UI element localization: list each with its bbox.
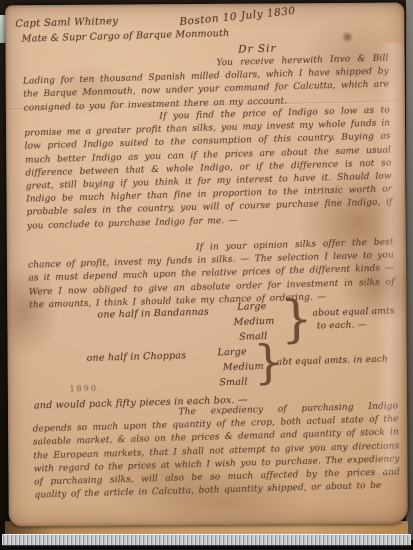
paragraph-silks-selection: If in your opinion silks offer the best … <box>28 236 396 312</box>
brace-icon: } <box>280 294 313 345</box>
handwriting-layer: Capt Saml Whitney Mate & Supr Cargo of B… <box>5 3 408 527</box>
addressee-line-2: Mate & Supr Cargo of Barque Monmouth <box>22 28 230 45</box>
bandannas-note-line-1: about equal amts <box>312 306 394 318</box>
bandannas-size-medium: Medium <box>234 316 275 328</box>
choppas-note: abt equal amts. in each <box>277 354 408 368</box>
choppas-size-small: Small <box>219 376 248 388</box>
comb-binding-strip <box>2 534 411 546</box>
choppas-size-large: Large <box>217 347 247 359</box>
photo-frame: Capt Saml Whitney Mate & Supr Cargo of B… <box>0 0 413 550</box>
pencil-note: 1890 <box>69 384 98 394</box>
bandannas-note-line-2: to each. — <box>317 320 367 331</box>
salutation: Dr Sir <box>238 43 277 56</box>
addressee-line-1: Capt Saml Whitney <box>15 16 118 30</box>
letter-paper: Capt Saml Whitney Mate & Supr Cargo of B… <box>5 3 408 527</box>
choppas-label: one half in Choppas <box>87 350 187 364</box>
dateline: Boston 10 July 1830 <box>179 5 296 28</box>
bandannas-size-large: Large <box>237 301 267 313</box>
paragraph-indigo-instructions: If you find the price of Indigo so low a… <box>24 104 393 233</box>
paragraph-expediency: The expediency of purchasing Indigo depe… <box>32 400 400 503</box>
bandannas-label: one half in Bandannas <box>97 307 209 321</box>
